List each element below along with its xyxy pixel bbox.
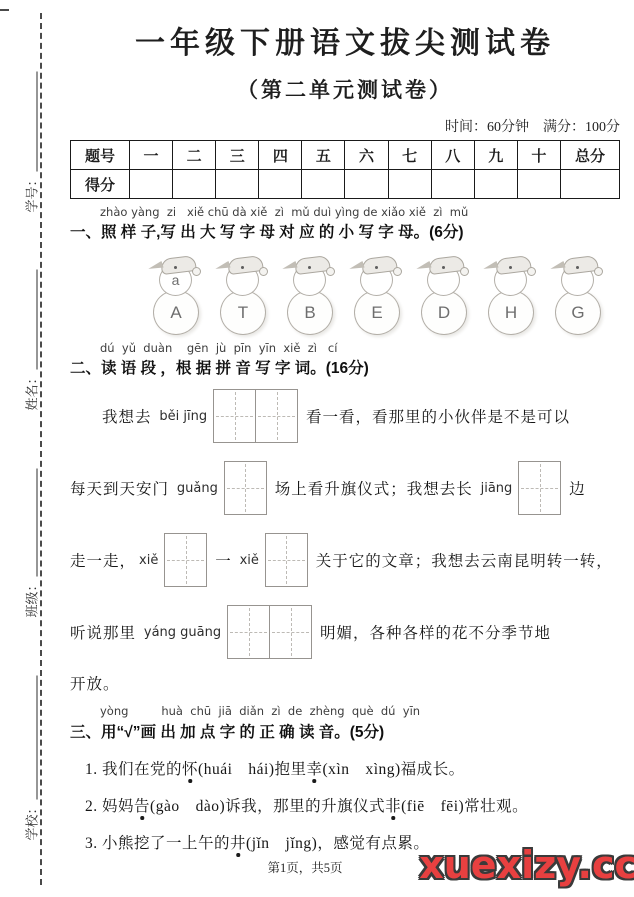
score-table-empty-cell bbox=[259, 170, 302, 199]
score-table-question-number: 七 bbox=[388, 141, 431, 170]
passage-pinyin: jiāng bbox=[481, 481, 513, 496]
writing-box-cell bbox=[266, 534, 307, 586]
snowman-hat-pom-icon bbox=[192, 267, 201, 276]
snowman-body-letter: A bbox=[153, 290, 199, 335]
score-table-empty-cell bbox=[302, 170, 345, 199]
section-2: dú yǔ duàn gēn jù pīn yīn xiě zì cí 二、读 … bbox=[70, 342, 620, 698]
seal-field-2: 班级： bbox=[22, 468, 41, 617]
section-1: zhào yàng zi xiě chū dà xiě zì mǔ duì yì… bbox=[70, 206, 620, 335]
passage-text: 走一走， bbox=[70, 549, 136, 571]
question-text: (xìn xìng)福成长。 bbox=[323, 761, 465, 778]
snowman-hat-pom-icon bbox=[259, 267, 268, 276]
score-table-question-number: 二 bbox=[173, 141, 216, 170]
snowman-hat-pom-icon bbox=[594, 267, 603, 276]
paper-title: 一年级下册语文拔尖测试卷 bbox=[70, 18, 620, 62]
dotted-character: 幸 bbox=[306, 761, 322, 778]
passage-text: 关于它的文章；我想去云南昆明转一转， bbox=[311, 549, 613, 571]
passage-text: 场上看升旗仪式；我想去长 bbox=[270, 477, 478, 499]
paper-subtitle: （第二单元测试卷） bbox=[70, 74, 620, 104]
score-table-empty-cell bbox=[216, 170, 259, 199]
passage-text: 我想去 bbox=[102, 405, 156, 427]
section-2-lines: 我想去 běi jīng 看一看，看那里的小伙伴是不是可以每天到天安门 guǎn… bbox=[70, 380, 620, 698]
passage-line: 我想去 běi jīng 看一看，看那里的小伙伴是不是可以 bbox=[102, 380, 620, 452]
score-table-question-number: 五 bbox=[302, 141, 345, 170]
section-2-pinyin: dú yǔ duàn gēn jù pīn yīn xiě zì cí bbox=[70, 342, 620, 355]
question-text: (gào dào)诉我，那里的升旗仪式 bbox=[150, 798, 385, 815]
passage-text: 听说那里 bbox=[70, 621, 141, 643]
dotted-character: 怀 bbox=[182, 761, 198, 778]
score-table-question-number: 十 bbox=[517, 141, 560, 170]
seal-field-3: 学校： bbox=[22, 675, 41, 840]
site-watermark: xuexizy.cc bbox=[419, 843, 634, 887]
passage-text: 每天到天安门 bbox=[70, 477, 174, 499]
score-table-question-number: 总分 bbox=[561, 141, 620, 170]
writing-box-cell bbox=[269, 606, 311, 658]
writing-box bbox=[213, 389, 298, 443]
seal-field-blank-line bbox=[37, 675, 38, 799]
score-table-empty-cell bbox=[561, 170, 620, 199]
snowman-hat-pom-icon bbox=[460, 267, 469, 276]
score-table-empty-cell bbox=[517, 170, 560, 199]
passage-text: 开放。 bbox=[70, 672, 120, 694]
passage-pinyin: xiě bbox=[139, 553, 158, 568]
seal-field-blank-line bbox=[37, 269, 38, 369]
page-corner-tick bbox=[0, 9, 9, 11]
snowman-body-letter: D bbox=[421, 290, 467, 335]
section-3-heading: 三、用“√”画 出 加 点 字 的 正 确 读 音。(5分) bbox=[70, 720, 620, 742]
writing-box-cell bbox=[165, 534, 206, 586]
test-paper-page: 学号：姓名：班级：学校： 一年级下册语文拔尖测试卷 （第二单元测试卷） 时间：6… bbox=[0, 0, 634, 897]
question-text: 1. 我们在党的 bbox=[85, 761, 182, 778]
snowman-body-letter: T bbox=[220, 290, 266, 335]
score-table-question-number: 八 bbox=[431, 141, 474, 170]
question-text: 3. 小熊挖了一上午的 bbox=[85, 835, 230, 852]
passage-pinyin: yáng guāng bbox=[144, 625, 221, 640]
score-table-question-number: 四 bbox=[259, 141, 302, 170]
writing-box-cell bbox=[519, 462, 560, 514]
paper-content: 一年级下册语文拔尖测试卷 （第二单元测试卷） 时间：60分钟 满分：100分 题… bbox=[70, 0, 620, 853]
score-table-body: 题号一二三四五六七八九十总分得分 bbox=[71, 141, 620, 199]
snowman-hat-pom-icon bbox=[527, 267, 536, 276]
question-text: (jǐn jǐng)，感觉有点累。 bbox=[246, 835, 429, 852]
seal-field-label: 姓名： bbox=[22, 371, 41, 410]
snowmen-row: AaTBEDHG bbox=[146, 255, 620, 335]
seal-field-label: 学号： bbox=[22, 173, 41, 212]
snowman-image: B bbox=[280, 255, 338, 335]
snowman-body-letter: E bbox=[354, 290, 400, 335]
question-text: 2. 妈妈 bbox=[85, 798, 134, 815]
score-table-empty-cell bbox=[388, 170, 431, 199]
writing-box bbox=[265, 533, 308, 587]
passage-line: 听说那里 yáng guāng 明媚，各种各样的花不分季节地 bbox=[70, 596, 620, 668]
passage-pinyin: guǎng bbox=[177, 481, 218, 496]
question-item: 1. 我们在党的怀(huái hái)抱里幸(xìn xìng)福成长。 bbox=[85, 757, 620, 779]
passage-text: 看一看，看那里的小伙伴是不是可以 bbox=[301, 405, 570, 427]
score-table-question-number: 九 bbox=[474, 141, 517, 170]
writing-box-cell bbox=[255, 390, 297, 442]
writing-box bbox=[164, 533, 207, 587]
writing-box-cell bbox=[228, 606, 269, 658]
dotted-character: 井 bbox=[230, 835, 246, 852]
dotted-character: 告 bbox=[134, 798, 150, 815]
seal-field-blank-line bbox=[37, 468, 38, 576]
question-item: 2. 妈妈告(gào dào)诉我，那里的升旗仪式非(fiē fēi)常壮观。 bbox=[85, 794, 620, 816]
question-text: (fiē fēi)常壮观。 bbox=[401, 798, 528, 815]
passage-pinyin: xiě bbox=[240, 553, 259, 568]
writing-box-cell bbox=[214, 390, 255, 442]
score-table-empty-cell bbox=[474, 170, 517, 199]
score-table-question-number: 六 bbox=[345, 141, 388, 170]
section-3-pinyin: yòng huà chū jiā diǎn zì de zhèng què dú… bbox=[70, 705, 620, 718]
snowman-image: D bbox=[414, 255, 472, 335]
seal-field-label: 学校： bbox=[22, 801, 41, 840]
snowman-hat-pom-icon bbox=[326, 267, 335, 276]
section-1-heading: 一、照 样 子,写 出 大 写 字 母 对 应 的 小 写 字 母。(6分) bbox=[70, 220, 620, 242]
seal-field-0: 学号： bbox=[22, 71, 41, 212]
page-number: 第1页，共5页 bbox=[267, 858, 342, 876]
passage-pinyin: běi jīng bbox=[159, 409, 207, 424]
snowman-image: Aa bbox=[146, 255, 204, 335]
section-3-items: 1. 我们在党的怀(huái hái)抱里幸(xìn xìng)福成长。2. 妈… bbox=[70, 757, 620, 853]
section-1-pinyin: zhào yàng zi xiě chū dà xiě zì mǔ duì yì… bbox=[70, 206, 620, 219]
writing-box bbox=[518, 461, 561, 515]
passage-text: 明媚，各种各样的花不分季节地 bbox=[315, 621, 551, 643]
seal-field-label: 班级： bbox=[22, 578, 41, 617]
score-table-header-label: 题号 bbox=[71, 141, 130, 170]
passage-text: 边 bbox=[564, 477, 585, 499]
snowman-image: G bbox=[548, 255, 606, 335]
seal-field-blank-line bbox=[37, 71, 38, 171]
time-score-note: 时间：60分钟 满分：100分 bbox=[70, 116, 620, 136]
passage-text: 一 bbox=[210, 549, 236, 571]
passage-line: 走一走，xiě 一 xiě 关于它的文章；我想去云南昆明转一转， bbox=[70, 524, 620, 596]
question-text: (huái hái)抱里 bbox=[198, 761, 306, 778]
snowman-body-letter: G bbox=[555, 290, 601, 335]
score-table-empty-cell bbox=[345, 170, 388, 199]
score-table-question-number: 一 bbox=[130, 141, 173, 170]
score-table-question-number: 三 bbox=[216, 141, 259, 170]
snowman-hat-pom-icon bbox=[393, 267, 402, 276]
snowman-image: E bbox=[347, 255, 405, 335]
section-3: yòng huà chū jiā diǎn zì de zhèng què dú… bbox=[70, 705, 620, 852]
writing-box-cell bbox=[225, 462, 266, 514]
dotted-character: 非 bbox=[385, 798, 401, 815]
score-table-empty-cell bbox=[173, 170, 216, 199]
score-table-score-label: 得分 bbox=[71, 170, 130, 199]
writing-box bbox=[227, 605, 312, 659]
passage-line: 开放。 bbox=[70, 668, 620, 698]
snowman-image: T bbox=[213, 255, 271, 335]
score-table: 题号一二三四五六七八九十总分得分 bbox=[70, 140, 620, 199]
score-table-empty-cell bbox=[130, 170, 173, 199]
snowman-body-letter: H bbox=[488, 290, 534, 335]
section-2-heading: 二、读 语 段 ，根 据 拼 音 写 字 词。(16分) bbox=[70, 356, 620, 378]
snowman-image: H bbox=[481, 255, 539, 335]
snowman-body-letter: B bbox=[287, 290, 333, 335]
passage-line: 每天到天安门 guǎng 场上看升旗仪式；我想去长 jiāng 边 bbox=[70, 452, 620, 524]
seal-field-1: 姓名： bbox=[22, 269, 41, 410]
score-table-empty-cell bbox=[431, 170, 474, 199]
writing-box bbox=[224, 461, 267, 515]
